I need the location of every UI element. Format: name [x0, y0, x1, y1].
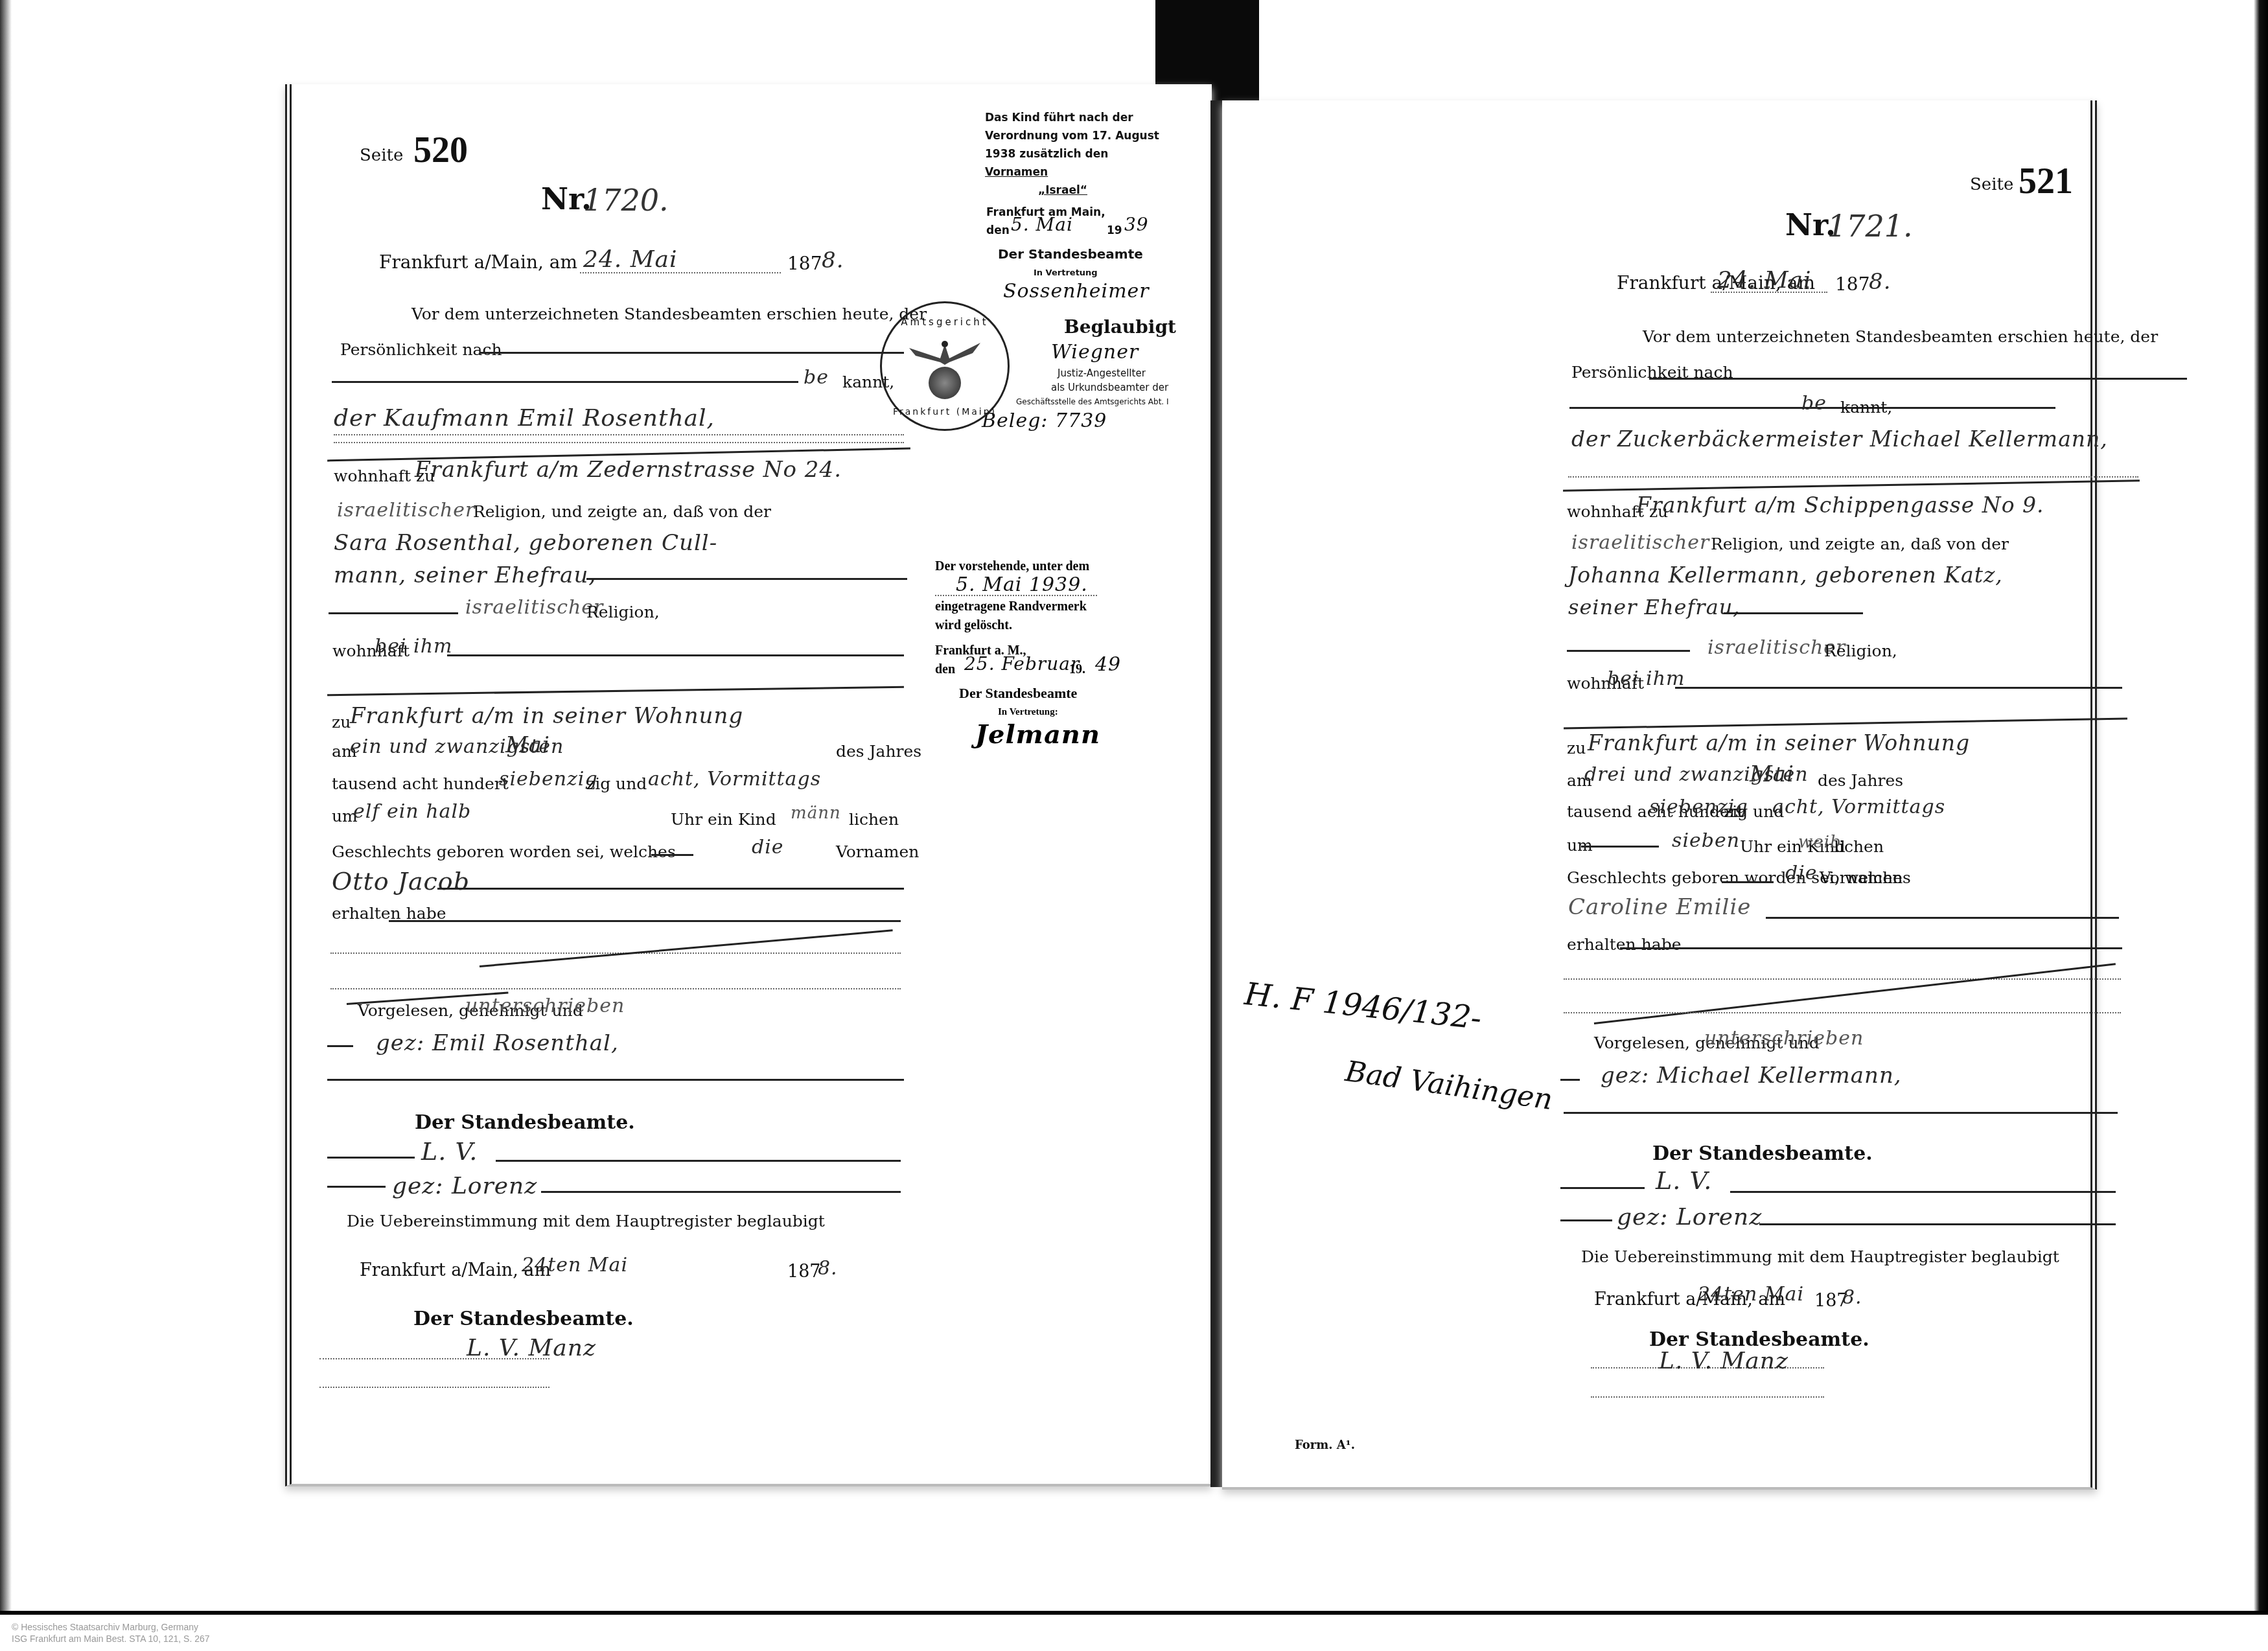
mother-line2: mann, seiner Ehefrau, — [334, 562, 596, 588]
book-gutter — [1210, 100, 1222, 1487]
amtsgericht-seal: Amtsgericht Frankfurt (Main) — [880, 301, 1010, 431]
decade-hand: siebenzig — [499, 768, 598, 791]
intro-text: Vor dem unterzeichneten Standesbeamten e… — [1643, 327, 2158, 346]
seite-label: Seite — [360, 146, 403, 165]
informant-signature: gez: Michael Kellermann, — [1601, 1063, 1902, 1089]
birthplace: Frankfurt a/m in seiner Wohnung — [350, 703, 743, 729]
stamp-date-prefix: den — [986, 222, 1010, 240]
bekannt-hand: be — [1801, 392, 1827, 415]
wohnhaft-hand: bei ihm — [375, 635, 452, 658]
archive-credit: © Hessisches Staatsarchiv Marburg, Germa… — [12, 1621, 210, 1645]
vornamen-label: Vornamen — [836, 842, 919, 861]
wohnhaft-hand: bei ihm — [1607, 667, 1685, 690]
persoenlichkeit-label: Persönlichkeit nach — [340, 340, 502, 359]
child-name: Caroline Emilie — [1568, 894, 1751, 920]
deletion-den-label: den — [935, 660, 955, 679]
cert-year-print: 187 — [787, 1262, 821, 1282]
year-hand: 8. — [1869, 269, 1891, 295]
religion1-hand: israelitischer — [1571, 531, 1709, 554]
informant-name: der Kaufmann Emil Rosenthal, — [334, 405, 715, 432]
lichen: lichen — [1834, 837, 1884, 856]
seal-top-text: Amtsgericht — [882, 316, 1008, 328]
stamp-year-prefix: 19 — [1107, 222, 1122, 240]
die-hand: die — [752, 836, 784, 859]
zu-label: zu — [332, 713, 351, 732]
entry-number: 1720. — [583, 183, 669, 218]
deletion-signature: Jelmann — [975, 719, 1100, 750]
cert-year-hand: 8. — [1842, 1286, 1862, 1309]
religion1-hand: israelitischer — [337, 499, 475, 522]
seite-label: Seite — [1970, 175, 2013, 194]
standesbeamte-heading-2: Der Standesbeamte. — [413, 1308, 634, 1330]
birth-time: sieben — [1672, 829, 1740, 852]
entry-number: 1721. — [1827, 209, 1913, 244]
mother-line2: seiner Ehefrau, — [1568, 595, 1741, 619]
uebereinstimmung-text: Die Uebereinstimmung mit dem Hauptregist… — [1581, 1247, 2059, 1266]
beglaubigt-label: Beglaubigt — [1064, 316, 1176, 338]
cert-date: 24ten Mai — [1698, 1283, 1804, 1306]
scan-edge-shadow — [0, 0, 12, 1613]
child-name: Otto Jacob — [332, 867, 470, 895]
tausend-print: tausend acht hundert — [332, 774, 509, 793]
wreath-globe-icon — [929, 367, 961, 399]
stamp-year: 39 — [1124, 214, 1149, 235]
eagle-emblem-icon — [908, 339, 982, 365]
vornamen-label: Vornamen — [1820, 868, 1903, 887]
scan-edge-right — [2254, 0, 2268, 1613]
beglaubigt-signature: Wiegner — [1051, 341, 1139, 364]
registration-date: 24. Mai — [583, 246, 678, 273]
final-signature: L. V. Manz — [467, 1335, 596, 1361]
year-words-hand: acht, Vormittags — [648, 768, 821, 791]
sex-hand: männ — [791, 803, 841, 823]
cert-year-hand: 8. — [818, 1257, 838, 1280]
year-print: 187 — [787, 253, 822, 274]
lv-signature: L. V. — [1656, 1166, 1712, 1195]
birth-month: Mai — [1750, 761, 1794, 787]
zu-label: zu — [1567, 739, 1586, 757]
informant-address: Frankfurt a/m Schippengasse No 9. — [1636, 492, 2044, 518]
stamp-line: Vornamen — [985, 163, 1048, 181]
informant-address: Frankfurt a/m Zedernstrasse No 24. — [415, 457, 842, 483]
unterschrieben-hand: unterschrieben — [465, 995, 625, 1017]
right-page — [1222, 100, 2097, 1490]
standesbeamte-heading: Der Standesbeamte. — [1652, 1142, 1873, 1165]
stamp-standesbeamte: Der Standesbeamte — [998, 245, 1143, 263]
mother-line1: Johanna Kellermann, geborenen Katz, — [1568, 562, 2003, 588]
mother-line1: Sara Rosenthal, geborenen Cull- — [334, 530, 717, 556]
religion2-print: Religion, — [586, 603, 660, 621]
uhr-kind: Uhr ein Kind — [671, 810, 776, 829]
des-jahres: des Jahres — [836, 742, 921, 761]
birth-time: elf ein halb — [353, 800, 471, 823]
stamp-line: „Israel“ — [1038, 181, 1087, 200]
die-hand: die — [1785, 862, 1818, 884]
deletion-line4: wird gelöscht. — [935, 616, 1012, 635]
birth-month: Mai — [505, 732, 550, 758]
official-line: Justiz-Angestellter — [1058, 366, 1146, 380]
final-signature: L. V. Manz — [1659, 1348, 1788, 1374]
lorenz-signature: gez: Lorenz — [392, 1173, 537, 1199]
lorenz-signature: gez: Lorenz — [1617, 1204, 1762, 1230]
religion2-hand: israelitischer — [465, 596, 603, 619]
deletion-line3: eingetragene Randvermerk — [935, 597, 1087, 616]
geschlechts-text: Geschlechts geboren worden sei, welches — [332, 842, 676, 861]
credit-line-1: © Hessisches Staatsarchiv Marburg, Germa… — [12, 1621, 210, 1633]
informant-name: der Zuckerbäckermeister Michael Kellerma… — [1571, 426, 2108, 452]
stamp-signature-1: Sossenheimer — [1003, 280, 1150, 303]
credit-line-2: ISG Frankfurt am Main Best. STA 10, 121,… — [12, 1633, 210, 1645]
religion2-print: Religion, — [1824, 641, 1897, 660]
lv-signature: L. V. — [421, 1137, 478, 1166]
deletion-standesbeamte: Der Standesbeamte — [959, 684, 1077, 702]
official-line: Geschäftsstelle des Amtsgerichts Abt. I — [1016, 395, 1169, 409]
place-date-prefix: Frankfurt a/Main, am — [379, 251, 577, 273]
official-line: als Urkundsbeamter der — [1051, 380, 1168, 395]
deletion-year: 49 — [1095, 653, 1121, 676]
cert-date: 24ten Mai — [522, 1254, 628, 1276]
intro-text: Vor dem unterzeichneten Standesbeamten e… — [411, 305, 927, 323]
religion1-print: Religion, und zeigte an, daß von der — [1711, 535, 2009, 553]
deletion-date: 5. Mai 1939. — [956, 573, 1088, 596]
year-print: 187 — [1835, 273, 1869, 295]
form-label: Form. A¹. — [1295, 1438, 1355, 1452]
bekannt-print: kannt, — [1840, 398, 1892, 417]
page-number: 520 — [413, 130, 468, 171]
registration-date: 24. Mai — [1717, 267, 1812, 294]
page-number: 521 — [2019, 161, 2073, 202]
deletion-year-prefix: 19. — [1069, 660, 1085, 679]
stamp-line: Das Kind führt nach der — [985, 109, 1133, 127]
lichen: lichen — [849, 810, 899, 829]
scan-edge-bottom — [0, 1611, 2268, 1615]
deletion-den-date: 25. Februar — [964, 653, 1080, 675]
stamp-line: Verordnung vom 17. August — [985, 127, 1159, 145]
stamp-line: 1938 zusätzlich den — [985, 145, 1108, 163]
informant-signature: gez: Emil Rosenthal, — [376, 1030, 619, 1056]
year-hand: 8. — [822, 248, 844, 273]
year-words-hand: acht, Vormittags — [1772, 796, 1945, 818]
birthplace: Frankfurt a/m in seiner Wohnung — [1588, 730, 1970, 756]
religion1-print: Religion, und zeigte an, daß von der — [473, 502, 771, 521]
unterschrieben-hand: unterschrieben — [1704, 1027, 1864, 1050]
des-jahres: des Jahres — [1818, 771, 1903, 790]
erhalten-label: erhalten habe — [1567, 935, 1681, 954]
stamp-date: 5. Mai — [1011, 214, 1073, 235]
standesbeamte-heading: Der Standesbeamte. — [415, 1111, 635, 1134]
seal-bottom-text: Frankfurt (Main) — [882, 407, 1008, 417]
bekannt-hand: be — [804, 366, 829, 389]
uebereinstimmung-text: Die Uebereinstimmung mit dem Hauptregist… — [347, 1212, 825, 1230]
zig-und: zig und — [586, 774, 647, 793]
